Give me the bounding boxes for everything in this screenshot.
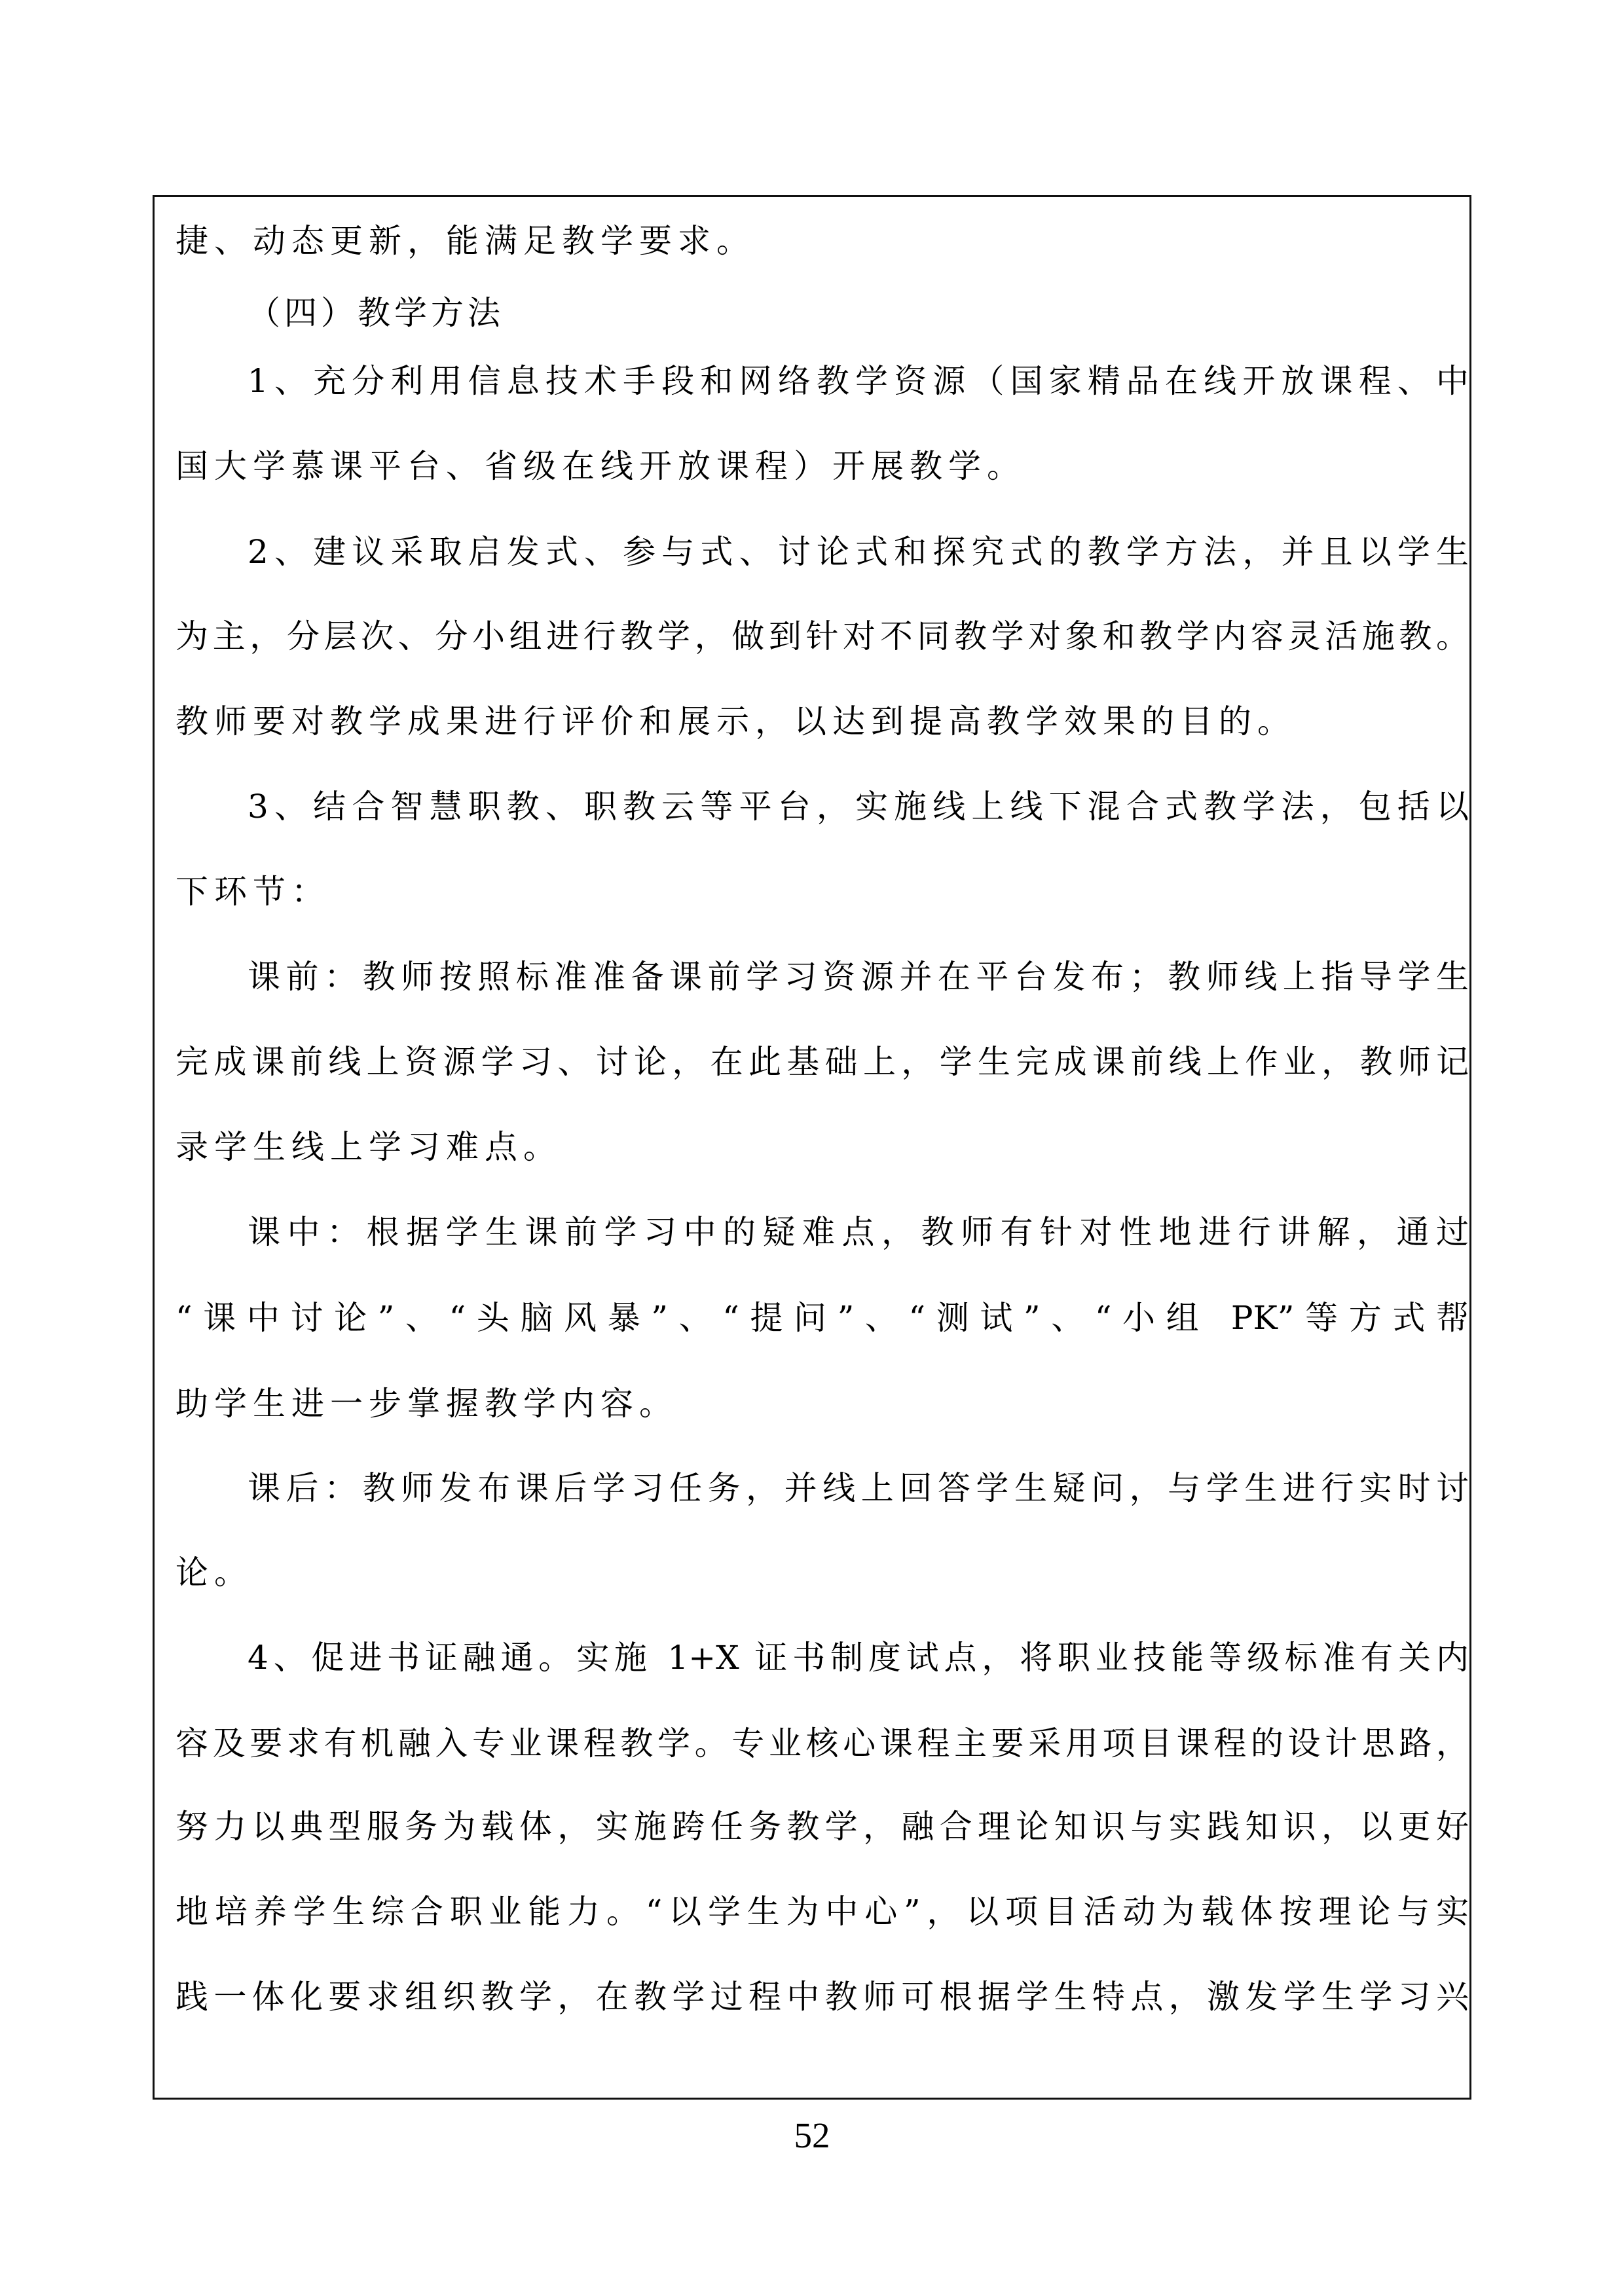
paragraph-line-pre-class: 课前：教师按照标准准备课前学习资源并在平台发布；教师线上指导学生	[248, 957, 1469, 996]
page-number: 52	[773, 2116, 851, 2155]
paragraph-line-post-class: 课后：教师发布课后学习任务，并线上回答学生疑问，与学生进行实时讨	[248, 1468, 1469, 1508]
paragraph-line: 国大学慕课平台、省级在线开放课程）开展教学。	[175, 446, 1469, 486]
paragraph-line: 努力以典型服务为载体，实施跨任务教学，融合理论知识与实践知识，以更好	[175, 1807, 1469, 1846]
paragraph-line: 践一体化要求组织教学，在教学过程中教师可根据学生特点，激发学生学习兴	[175, 1977, 1469, 2016]
paragraph-line-item-3: 3、结合智慧职教、职教云等平台，实施线上线下混合式教学法，包括以	[248, 787, 1469, 826]
paragraph-line: 为主，分层次、分小组进行教学，做到针对不同教学对象和教学内容灵活施教。	[175, 617, 1469, 656]
paragraph-line-item-2: 2、建议采取启发式、参与式、讨论式和探究式的教学方法，并且以学生	[248, 532, 1469, 572]
paragraph-line: 完成课前线上资源学习、讨论，在此基础上，学生完成课前线上作业，教师记	[175, 1042, 1469, 1082]
paragraph-line-item-1: 1、充分利用信息技术手段和网络教学资源（国家精品在线开放课程、中	[248, 361, 1469, 401]
paragraph-line: 论。	[175, 1553, 1469, 1592]
paragraph-line: 地培养学生综合职业能力。“以学生为中心”，以项目活动为载体按理论与实	[175, 1892, 1469, 1931]
paragraph-line: 录学生线上学习难点。	[175, 1127, 1469, 1167]
paragraph-line: “课中讨论”、“头脑风暴”、“提问”、“测试”、“小组 PK”等方式帮	[175, 1298, 1469, 1338]
section-heading: （四）教学方法	[248, 293, 1469, 333]
paragraph-line: 下环节：	[175, 872, 1469, 911]
paragraph-line: 容及要求有机融入专业课程教学。专业核心课程主要采用项目课程的设计思路，	[175, 1724, 1469, 1763]
bordered-content-box: 捷、动态更新，能满足教学要求。 （四）教学方法 1、充分利用信息技术手段和网络教…	[153, 195, 1471, 2100]
paragraph-line-continuation: 捷、动态更新，能满足教学要求。	[175, 221, 1469, 261]
paragraph-line-item-4: 4、促进书证融通。实施 1+X 证书制度试点，将职业技能等级标准有关内	[248, 1638, 1469, 1677]
document-page: 捷、动态更新，能满足教学要求。 （四）教学方法 1、充分利用信息技术手段和网络教…	[0, 0, 1624, 2296]
paragraph-line: 助学生进一步掌握教学内容。	[175, 1384, 1469, 1423]
paragraph-line-in-class: 课中：根据学生课前学习中的疑难点，教师有针对性地进行讲解，通过	[248, 1212, 1469, 1252]
paragraph-line: 教师要对教学成果进行评价和展示，以达到提高教学效果的目的。	[175, 702, 1469, 741]
